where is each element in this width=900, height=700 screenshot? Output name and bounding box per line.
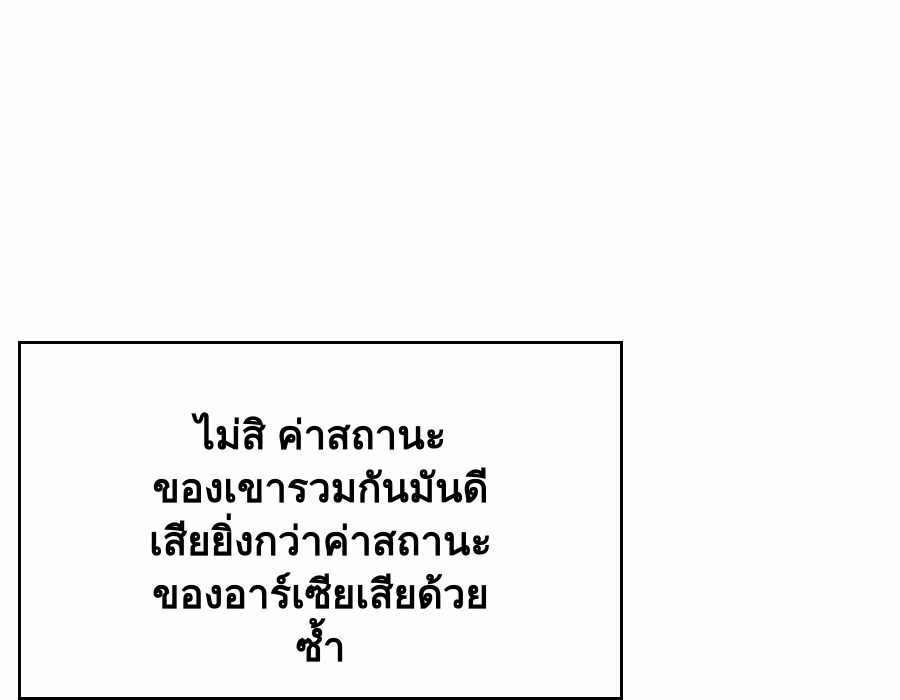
dialogue-line-5: ซ้ำ — [21, 622, 620, 675]
narration-box: ไม่สิ ค่าสถานะ ของเขารวมกันมันดี เสียยิ่… — [18, 341, 623, 700]
dialogue-line-1: ไม่สิ ค่าสถานะ — [21, 410, 620, 463]
narration-text-block: ไม่สิ ค่าสถานะ ของเขารวมกันมันดี เสียยิ่… — [21, 344, 620, 675]
dialogue-line-3: เสียยิ่งกว่าค่าสถานะ — [21, 516, 620, 569]
dialogue-line-4: ของอาร์เซียเสียด้วย — [21, 569, 620, 622]
dialogue-line-2: ของเขารวมกันมันดี — [21, 463, 620, 516]
comic-page: ไม่สิ ค่าสถานะ ของเขารวมกันมันดี เสียยิ่… — [0, 0, 900, 700]
